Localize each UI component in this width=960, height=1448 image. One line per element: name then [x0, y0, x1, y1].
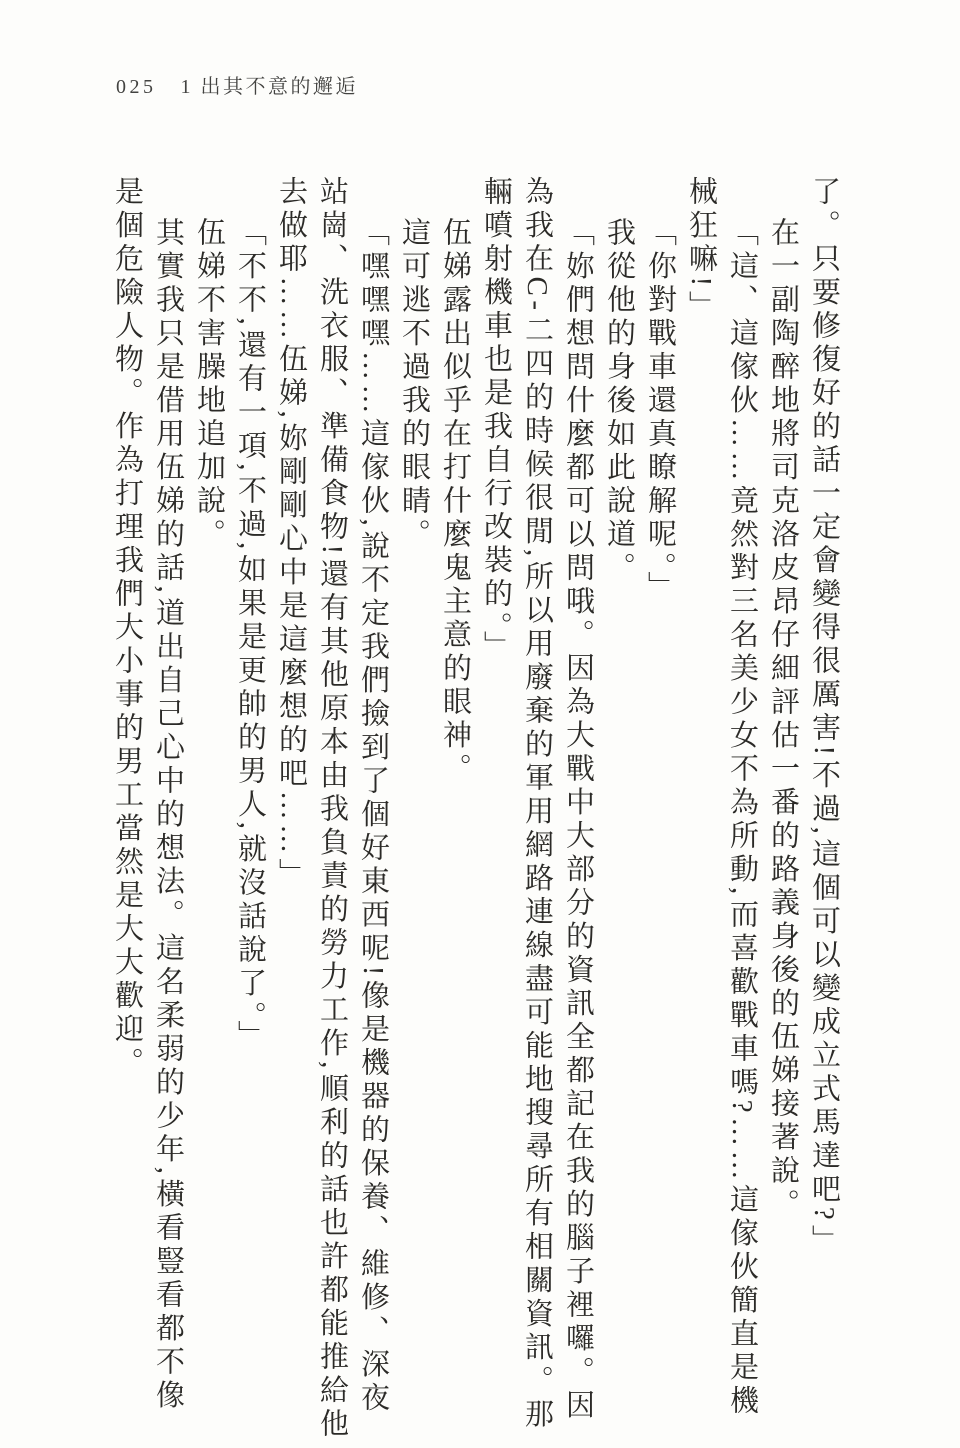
paragraph: 伍娣露出似乎在打什麼鬼主意的眼神。 — [434, 176, 475, 1442]
paragraph: 這可逃不過我的眼睛。 — [393, 176, 434, 1442]
paragraph: 其實我只是借用伍娣的話,道出自己心中的想法。這名柔弱的少年,橫看豎看都不像是個危… — [106, 176, 188, 1442]
page-number: 025 — [116, 76, 157, 98]
paragraph: 在一副陶醉地將司克洛皮昂仔細評估一番的路義身後的伍娣接著說。 — [762, 176, 803, 1442]
paragraph: 「不不,還有一項,不過,如果是更帥的男人,就沒話說了。」 — [229, 176, 270, 1442]
paragraph: 「妳們想問什麼都可以問哦。因為大戰中大部分的資訊全都記在我的腦子裡囉。因為我在C… — [475, 176, 598, 1442]
chapter-title: 1 出其不意的邂逅 — [181, 76, 359, 98]
paragraph: 「這、這傢伙……竟然對三名美少女不為所動,而喜歡戰車嗎?……這傢伙簡直是機械狂嘛… — [680, 176, 762, 1442]
body-text-block: 了。只要修復好的話一定會變得很厲害!不過,這個可以變成立式馬達吧?」 在一副陶醉… — [106, 176, 844, 1442]
paragraph: 我從他的身後如此說道。 — [598, 176, 639, 1442]
paragraph: 了。只要修復好的話一定會變得很厲害!不過,這個可以變成立式馬達吧?」 — [803, 176, 844, 1442]
paragraph: 「嘿嘿嘿……這傢伙,說不定我們撿到了個好東西呢!像是機器的保養、維修、深夜站崗、… — [270, 176, 393, 1442]
book-page: 0251 出其不意的邂逅 了。只要修復好的話一定會變得很厲害!不過,這個可以變成… — [0, 0, 960, 1448]
paragraph: 伍娣不害臊地追加說。 — [188, 176, 229, 1442]
running-head: 0251 出其不意的邂逅 — [116, 70, 358, 99]
paragraph: 「你對戰車還真瞭解呢。」 — [639, 176, 680, 1442]
